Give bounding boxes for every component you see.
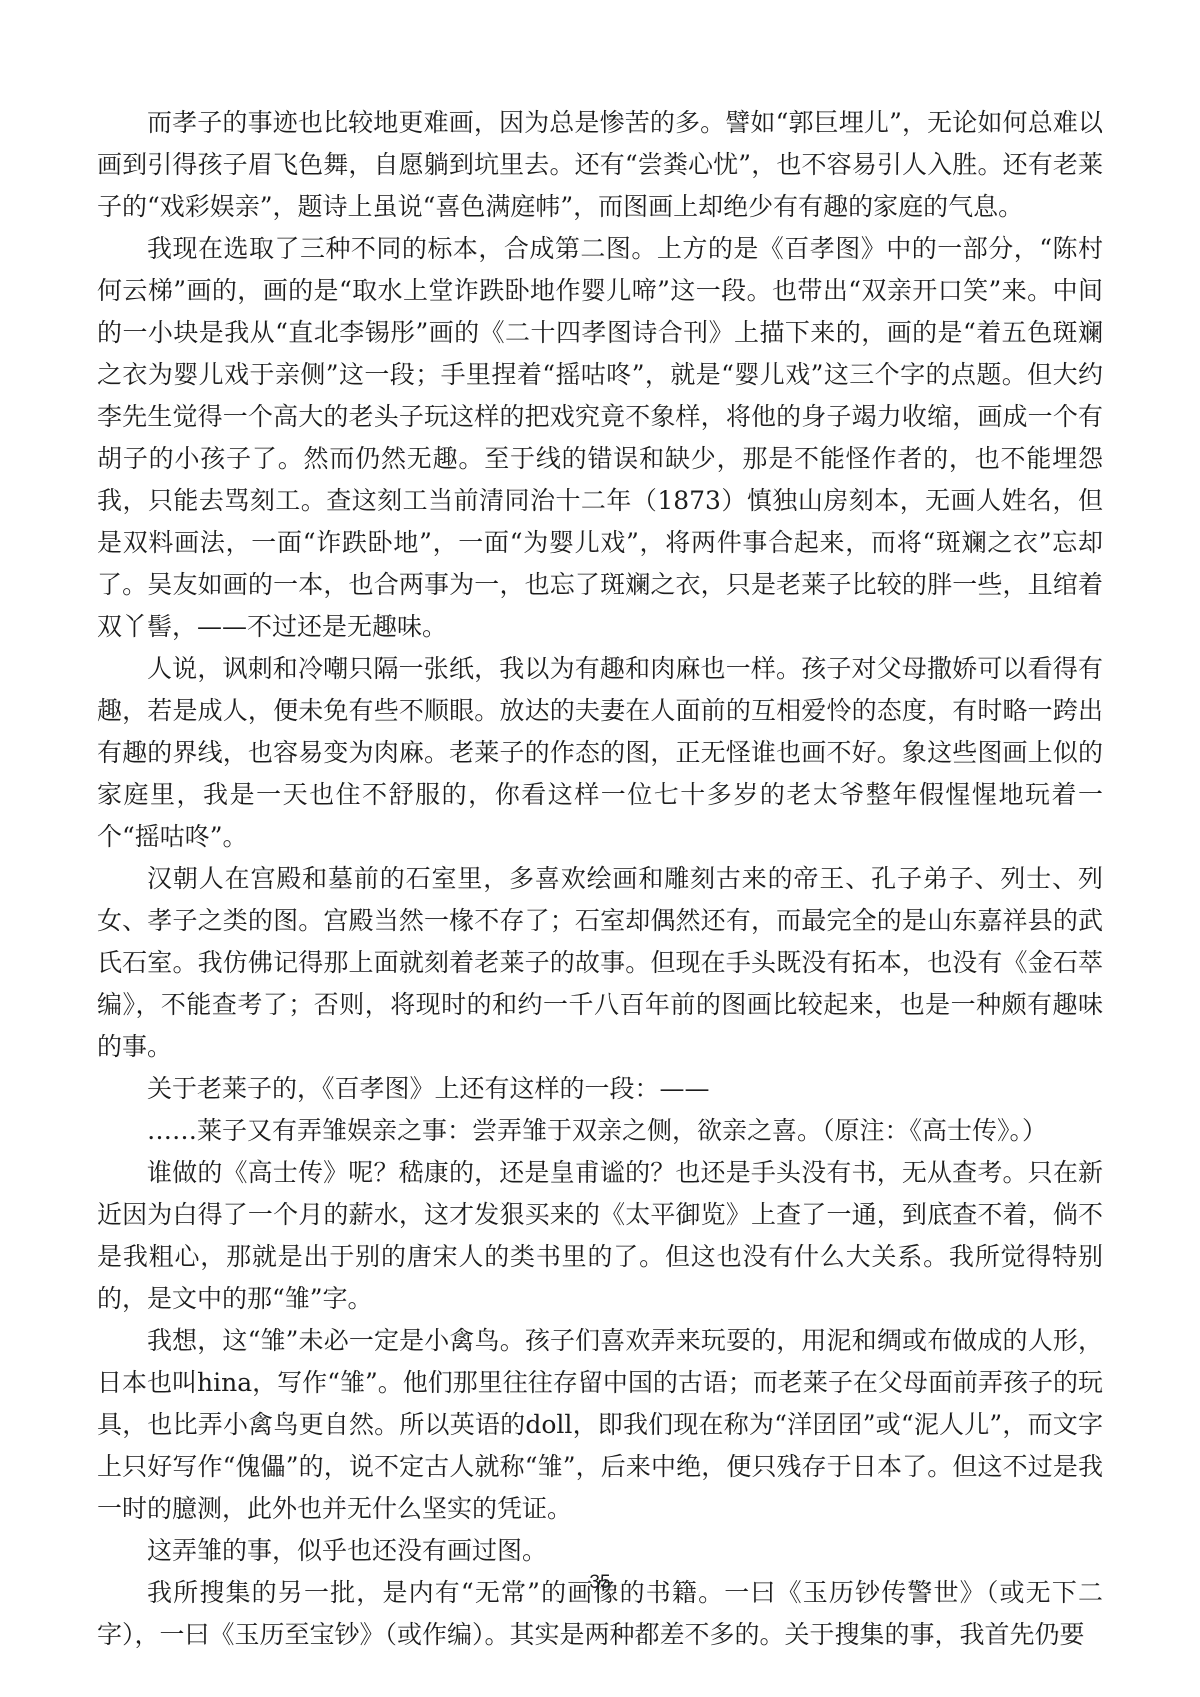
page-number: 35 — [0, 1572, 1200, 1594]
paragraph: 我想，这“雏”未必一定是小禽鸟。孩子们喜欢弄来玩耍的，用泥和绸或布做成的人形，日… — [97, 1320, 1103, 1530]
paragraph: 汉朝人在宫殿和墓前的石室里，多喜欢绘画和雕刻古来的帝王、孔子弟子、列士、列女、孝… — [97, 858, 1103, 1068]
document-body: 而孝子的事迹也比较地更难画，因为总是惨苦的多。譬如“郭巨埋儿”，无论如何总难以画… — [97, 102, 1103, 1656]
paragraph: 人说，讽刺和冷嘲只隔一张纸，我以为有趣和肉麻也一样。孩子对父母撒娇可以看得有趣，… — [97, 648, 1103, 858]
paragraph: 关于老莱子的，《百孝图》上还有这样的一段：—— — [97, 1068, 1103, 1110]
paragraph: 这弄雏的事，似乎也还没有画过图。 — [97, 1530, 1103, 1572]
document-page: 而孝子的事迹也比较地更难画，因为总是惨苦的多。譬如“郭巨埋儿”，无论如何总难以画… — [0, 0, 1200, 1697]
paragraph-quote: ……莱子又有弄雏娱亲之事：尝弄雏于双亲之侧，欲亲之喜。（原注：《高士传》。） — [97, 1110, 1103, 1152]
paragraph: 我现在选取了三种不同的标本，合成第二图。上方的是《百孝图》中的一部分，“陈村何云… — [97, 228, 1103, 648]
paragraph: 谁做的《高士传》呢？嵇康的，还是皇甫谧的？也还是手头没有书，无从查考。只在新近因… — [97, 1152, 1103, 1320]
paragraph: 而孝子的事迹也比较地更难画，因为总是惨苦的多。譬如“郭巨埋儿”，无论如何总难以画… — [97, 102, 1103, 228]
